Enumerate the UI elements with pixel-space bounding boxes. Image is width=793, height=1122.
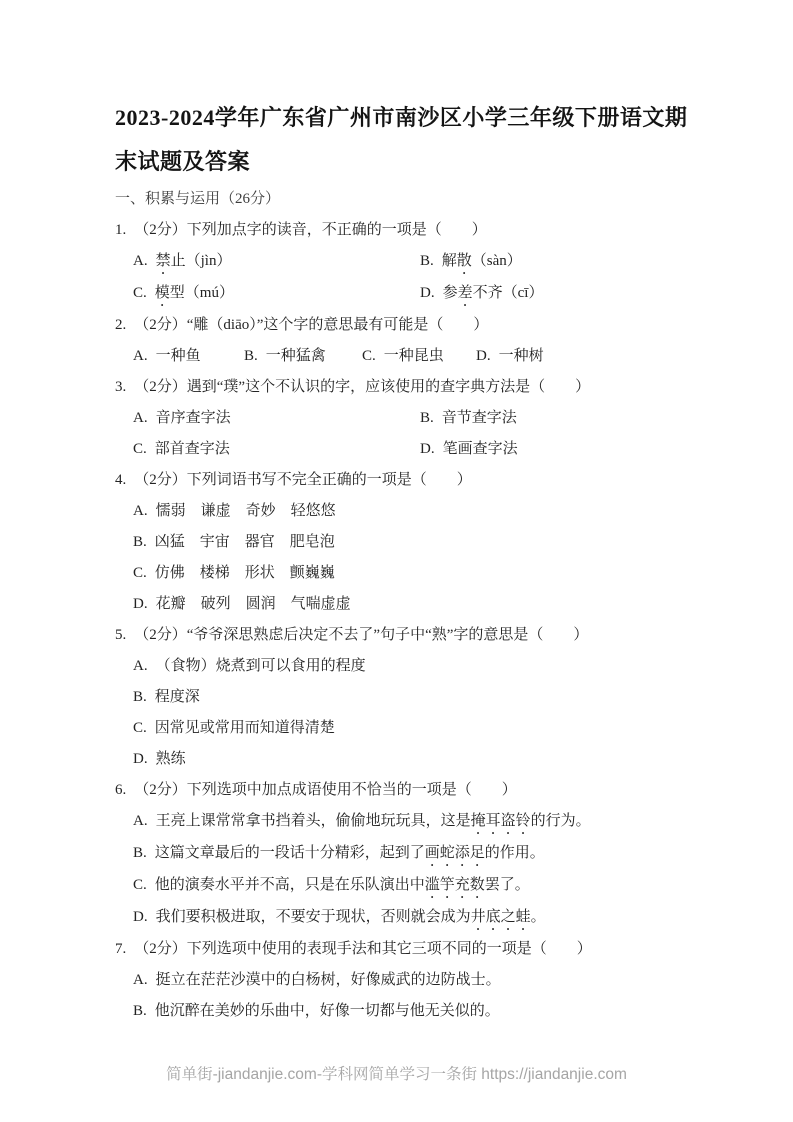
question-stem: 4.（2分）下列词语书写不完全正确的一项是（ ）	[115, 465, 695, 496]
option: D.参差不齐（cī）	[420, 278, 695, 310]
option-text: 止（jìn）	[171, 253, 232, 269]
question: 1.（2分）下列加点字的读音，不正确的一项是（ ）A.禁止（jìn）B.解散（s…	[115, 215, 695, 310]
question-number: 3.	[115, 379, 126, 395]
question-stem: 7.（2分）下列选项中使用的表现手法和其它三项不同的一项是（ ）	[115, 934, 695, 965]
option-label: C.	[133, 877, 147, 893]
option: A.（食物）烧煮到可以食用的程度	[133, 651, 695, 682]
option-text: 程度深	[155, 689, 200, 705]
option-label: A.	[133, 253, 148, 269]
option-text: 型（mú）	[170, 285, 234, 301]
option-text: 因常见或常用而知道得清楚	[155, 720, 335, 736]
option: A.懦弱 谦虚 奇妙 轻悠悠	[133, 496, 695, 527]
option: A.禁止（jìn）	[133, 246, 420, 278]
option-label: B.	[133, 534, 147, 550]
option-text: 笔画查字法	[443, 441, 518, 457]
option-text-dotted: 差	[458, 285, 473, 301]
option-text-dotted: 画蛇添足	[425, 845, 485, 861]
option-text: 一种猛禽	[266, 348, 326, 364]
option-text: 。	[531, 909, 546, 925]
option-label: B.	[133, 845, 147, 861]
options: A.一种鱼B.一种猛禽C.一种昆虫D.一种树	[115, 341, 695, 372]
option: C.一种昆虫	[362, 341, 476, 372]
footer-watermark: 简单街-jiandanjie.com-学科网简单学习一条街 https://ji…	[0, 1063, 793, 1087]
option-text: 解	[442, 253, 457, 269]
question-number: 6.	[115, 782, 126, 798]
question-points: （2分）	[134, 379, 187, 395]
option: B.凶猛 宇宙 器官 肥皂泡	[133, 527, 695, 558]
question-text: 下列词语书写不完全正确的一项是（ ）	[187, 472, 472, 488]
page-title-line-1: 2023-2024学年广东省广州市南沙区小学三年级下册语文期	[115, 96, 695, 140]
question-stem: 6.（2分）下列选项中加点成语使用不恰当的一项是（ ）	[115, 775, 695, 806]
option-label: B.	[420, 253, 434, 269]
option-text: 他的演奏水平并不高，只是在乐队演出中	[155, 877, 425, 893]
option: B.一种猛禽	[244, 341, 362, 372]
option-text: 不齐（cī）	[473, 285, 544, 301]
question-text: 下列选项中加点成语使用不恰当的一项是（ ）	[187, 782, 517, 798]
option: B.他沉醉在美妙的乐曲中，好像一切都与他无关似的。	[133, 996, 695, 1027]
option-text-dotted: 禁	[156, 253, 171, 269]
option-label: A.	[133, 410, 148, 426]
question-stem: 1.（2分）下列加点字的读音，不正确的一项是（ ）	[115, 215, 695, 246]
option-text-dotted: 散	[457, 253, 472, 269]
option-text: 熟练	[156, 751, 186, 767]
options: A.（食物）烧煮到可以食用的程度B.程度深C.因常见或常用而知道得清楚D.熟练	[115, 651, 695, 775]
question-list: 1.（2分）下列加点字的读音，不正确的一项是（ ）A.禁止（jìn）B.解散（s…	[115, 215, 695, 1027]
question: 5.（2分）“爷爷深思熟虑后决定不去了”句子中“熟”字的意思是（ ）A.（食物）…	[115, 620, 695, 775]
option-text: 参	[443, 285, 458, 301]
options: A.禁止（jìn）B.解散（sàn）C.模型（mú）D.参差不齐（cī）	[115, 246, 695, 310]
option-text: （食物）烧煮到可以食用的程度	[156, 658, 366, 674]
option: B.程度深	[133, 682, 695, 713]
option: A.王亮上课常常拿书挡着头，偷偷地玩玩具，这是掩耳盗铃的行为。	[133, 806, 695, 838]
page-title: 2023-2024学年广东省广州市南沙区小学三年级下册语文期 末试题及答案	[115, 96, 695, 184]
option-text: 挺立在茫茫沙漠中的白杨树，好像威武的边防战士。	[156, 972, 501, 988]
option-label: C.	[133, 285, 147, 301]
option-text: 懦弱 谦虚 奇妙 轻悠悠	[156, 503, 336, 519]
option-label: C.	[133, 565, 147, 581]
question-number: 4.	[115, 472, 126, 488]
option-text: 的作用。	[485, 845, 545, 861]
option: D.我们要积极进取，不要安于现状，否则就会成为井底之蛙。	[133, 902, 695, 934]
option-text: 仿佛 楼梯 形状 颤巍巍	[155, 565, 335, 581]
question-number: 2.	[115, 317, 126, 333]
question-number: 7.	[115, 941, 126, 957]
option-text: 花瓣 破列 圆润 气喘虚虚	[156, 596, 351, 612]
option: C.因常见或常用而知道得清楚	[133, 713, 695, 744]
option-text: 一种昆虫	[384, 348, 444, 364]
option: A.一种鱼	[133, 341, 244, 372]
option-text: 这篇文章最后的一段话十分精彩，起到了	[155, 845, 425, 861]
question-stem: 3.（2分）遇到“璞”这个不认识的字，应该使用的查字典方法是（ ）	[115, 372, 695, 403]
question-text: 下列加点字的读音，不正确的一项是（ ）	[187, 222, 487, 238]
option-text: 凶猛 宇宙 器官 肥皂泡	[155, 534, 335, 550]
document-content: 2023-2024学年广东省广州市南沙区小学三年级下册语文期 末试题及答案 一、…	[115, 96, 695, 1027]
exam-document-page: 2023-2024学年广东省广州市南沙区小学三年级下册语文期 末试题及答案 一、…	[0, 0, 793, 1122]
option-text: 音序查字法	[156, 410, 231, 426]
question-points: （2分）	[134, 941, 187, 957]
option: B.解散（sàn）	[420, 246, 695, 278]
option-text: 王亮上课常常拿书挡着头，偷偷地玩玩具，这是	[156, 813, 471, 829]
option-text-dotted: 井底之蛙	[471, 909, 531, 925]
question-stem: 2.（2分）“雕（diāo）”这个字的意思最有可能是（ ）	[115, 310, 695, 341]
option: C.他的演奏水平并不高，只是在乐队演出中滥竽充数罢了。	[133, 870, 695, 902]
question: 3.（2分）遇到“璞”这个不认识的字，应该使用的查字典方法是（ ）A.音序查字法…	[115, 372, 695, 465]
options: A.王亮上课常常拿书挡着头，偷偷地玩玩具，这是掩耳盗铃的行为。B.这篇文章最后的…	[115, 806, 695, 934]
option-label: D.	[476, 348, 491, 364]
page-title-line-2: 末试题及答案	[115, 140, 695, 184]
option-label: A.	[133, 972, 148, 988]
question-stem: 5.（2分）“爷爷深思熟虑后决定不去了”句子中“熟”字的意思是（ ）	[115, 620, 695, 651]
option: A.挺立在茫茫沙漠中的白杨树，好像威武的边防战士。	[133, 965, 695, 996]
option-label: A.	[133, 658, 148, 674]
question-points: （2分）	[134, 782, 187, 798]
option-text: 音节查字法	[442, 410, 517, 426]
question-points: （2分）	[134, 222, 187, 238]
question-number: 5.	[115, 627, 126, 643]
option-text: （sàn）	[472, 253, 522, 269]
option-label: A.	[133, 503, 148, 519]
option: B.这篇文章最后的一段话十分精彩，起到了画蛇添足的作用。	[133, 838, 695, 870]
question: 2.（2分）“雕（diāo）”这个字的意思最有可能是（ ）A.一种鱼B.一种猛禽…	[115, 310, 695, 372]
question-text: “雕（diāo）”这个字的意思最有可能是（ ）	[187, 317, 489, 333]
option-label: D.	[420, 441, 435, 457]
question-text: 下列选项中使用的表现手法和其它三项不同的一项是（ ）	[187, 941, 592, 957]
option-text: 一种树	[499, 348, 544, 364]
options: A.懦弱 谦虚 奇妙 轻悠悠B.凶猛 宇宙 器官 肥皂泡C.仿佛 楼梯 形状 颤…	[115, 496, 695, 620]
option: A.音序查字法	[133, 403, 420, 434]
option-label: D.	[420, 285, 435, 301]
option: D.熟练	[133, 744, 695, 775]
option-text: 一种鱼	[156, 348, 201, 364]
option-label: D.	[133, 596, 148, 612]
option-label: A.	[133, 813, 148, 829]
option-text-dotted: 模	[155, 285, 170, 301]
section-heading: 一、积累与运用（26分）	[115, 184, 695, 215]
question-points: （2分）	[134, 317, 187, 333]
option-label: D.	[133, 751, 148, 767]
question-points: （2分）	[134, 627, 187, 643]
question: 7.（2分）下列选项中使用的表现手法和其它三项不同的一项是（ ）A.挺立在茫茫沙…	[115, 934, 695, 1027]
options: A.音序查字法B.音节查字法C.部首查字法D.笔画查字法	[115, 403, 695, 465]
option-label: B.	[244, 348, 258, 364]
option-label: C.	[362, 348, 376, 364]
option-text-dotted: 滥竽充数	[425, 877, 485, 893]
option-label: C.	[133, 720, 147, 736]
question: 6.（2分）下列选项中加点成语使用不恰当的一项是（ ）A.王亮上课常常拿书挡着头…	[115, 775, 695, 934]
option: D.一种树	[476, 341, 695, 372]
option: C.模型（mú）	[133, 278, 420, 310]
option-text: 他沉醉在美妙的乐曲中，好像一切都与他无关似的。	[155, 1003, 500, 1019]
option-label: B.	[133, 689, 147, 705]
option-label: B.	[420, 410, 434, 426]
option-label: C.	[133, 441, 147, 457]
option-label: B.	[133, 1003, 147, 1019]
question: 4.（2分）下列词语书写不完全正确的一项是（ ）A.懦弱 谦虚 奇妙 轻悠悠B.…	[115, 465, 695, 620]
option-text-dotted: 掩耳盗铃	[471, 813, 531, 829]
option-label: A.	[133, 348, 148, 364]
option: C.部首查字法	[133, 434, 420, 465]
option: B.音节查字法	[420, 403, 695, 434]
question-text: “爷爷深思熟虑后决定不去了”句子中“熟”字的意思是（ ）	[187, 627, 589, 643]
options: A.挺立在茫茫沙漠中的白杨树，好像威武的边防战士。B.他沉醉在美妙的乐曲中，好像…	[115, 965, 695, 1027]
question-points: （2分）	[134, 472, 187, 488]
option-text: 的行为。	[531, 813, 591, 829]
option: D.笔画查字法	[420, 434, 695, 465]
option: C.仿佛 楼梯 形状 颤巍巍	[133, 558, 695, 589]
option: D.花瓣 破列 圆润 气喘虚虚	[133, 589, 695, 620]
option-label: D.	[133, 909, 148, 925]
question-number: 1.	[115, 222, 126, 238]
option-text: 部首查字法	[155, 441, 230, 457]
question-text: 遇到“璞”这个不认识的字，应该使用的查字典方法是（ ）	[187, 379, 590, 395]
option-text: 罢了。	[485, 877, 530, 893]
option-text: 我们要积极进取，不要安于现状，否则就会成为	[156, 909, 471, 925]
